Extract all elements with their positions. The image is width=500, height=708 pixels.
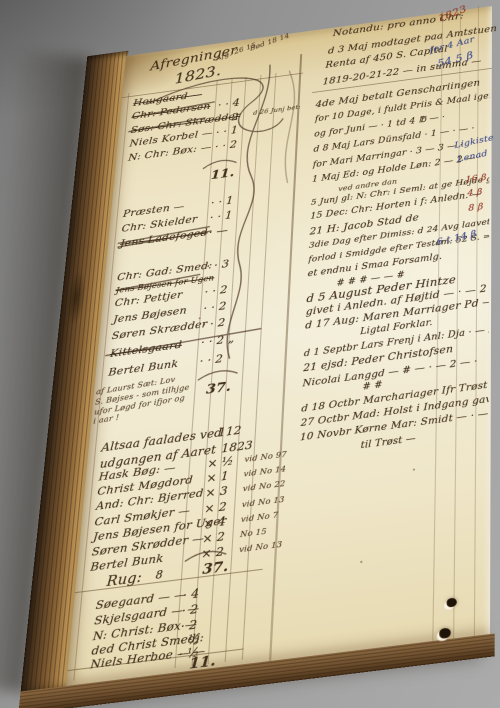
ledger-subtotal: 37. <box>202 559 229 579</box>
section-header-mark: 8 <box>155 569 163 582</box>
margin-amount-red: 4 β <box>467 188 482 199</box>
book: Afregninger 1823. Afg. 26 15 Bød 18 14 H… <box>66 6 492 686</box>
photo-scene: Afregninger 1823. Afg. 26 15 Bød 18 14 H… <box>0 0 500 708</box>
ledger-total: 11. <box>189 653 217 673</box>
margin-amount-red: 8 β <box>468 202 483 213</box>
